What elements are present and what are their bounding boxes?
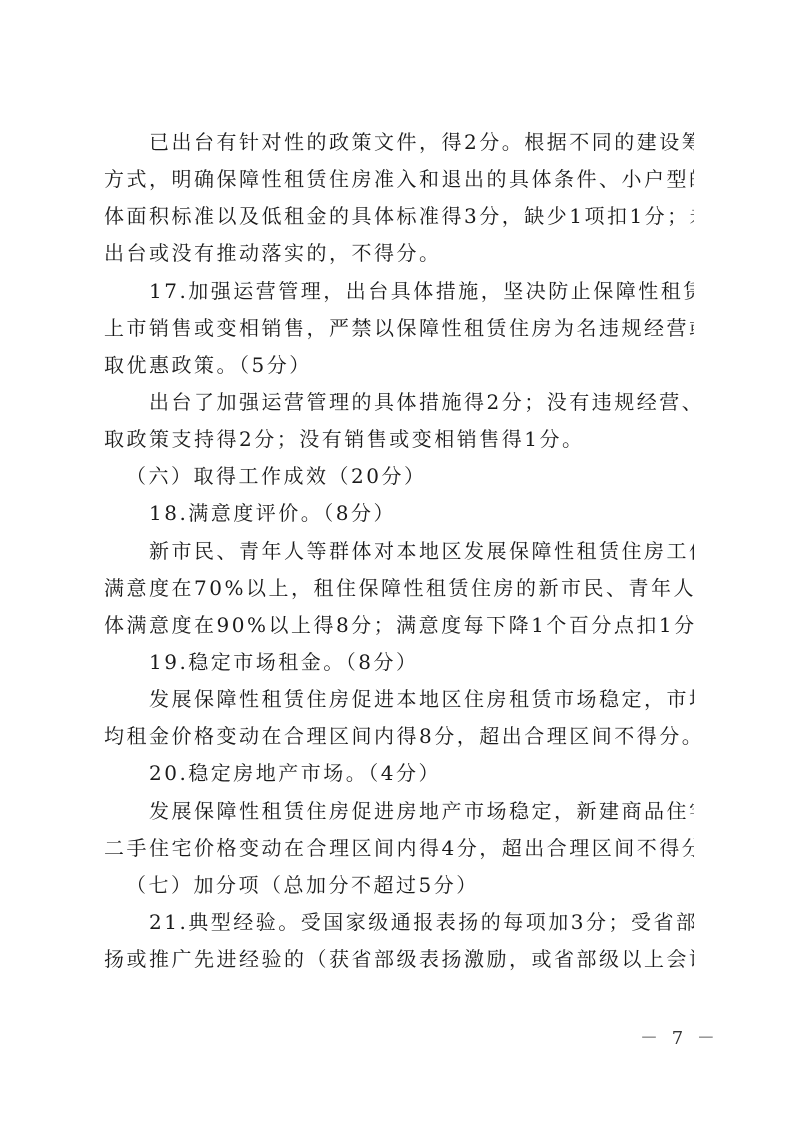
item-17-line: 上市销售或变相销售，严禁以保障性租赁住房为名违规经营或骗: [104, 310, 694, 347]
paragraph-line: 二手住宅价格变动在合理区间内得4分，超出合理区间不得分。: [104, 830, 694, 867]
paragraph-line: 体满意度在90%以上得8分；满意度每下降1个百分点扣1分。: [104, 607, 694, 644]
item-20-title: 20.稳定房地产市场。（4分）: [104, 755, 694, 792]
paragraph-line: 发展保障性租赁住房促进房地产市场稳定，新建商品住宅和: [104, 793, 694, 830]
item-18-title: 18.满意度评价。（8分）: [104, 495, 694, 532]
paragraph-line: 满意度在70%以上，租住保障性租赁住房的新市民、青年人等群: [104, 570, 694, 607]
paragraph-line: 已出台有针对性的政策文件，得2分。根据不同的建设筹集: [104, 124, 694, 161]
section-heading-6: （六）取得工作成效（20分）: [104, 458, 694, 495]
page-number: － 7 －: [640, 1024, 719, 1050]
paragraph-line: 新市民、青年人等群体对本地区发展保障性租赁住房工作的: [104, 533, 694, 570]
paragraph-line: 出台了加强运营管理的具体措施得2分；没有违规经营、骗: [104, 384, 694, 421]
paragraph-line: 体面积标准以及低租金的具体标准得3分，缺少1项扣1分；未: [104, 198, 694, 235]
paragraph-line: 取政策支持得2分；没有销售或变相销售得1分。: [104, 421, 694, 458]
section-heading-7: （七）加分项（总加分不超过5分）: [104, 867, 694, 904]
paragraph-line: 方式，明确保障性租赁住房准入和退出的具体条件、小户型的具: [104, 161, 694, 198]
item-17-line: 17.加强运营管理，出台具体措施，坚决防止保障性租赁住房: [104, 273, 694, 310]
paragraph-line: 发展保障性租赁住房促进本地区住房租赁市场稳定，市场平: [104, 681, 694, 718]
paragraph-line: 均租金价格变动在合理区间内得8分，超出合理区间不得分。: [104, 718, 694, 755]
paragraph-line: 出台或没有推动落实的，不得分。: [104, 235, 694, 272]
item-21-line: 扬或推广先进经验的（获省部级表扬激励，或省部级以上会议经: [104, 941, 694, 978]
item-19-title: 19.稳定市场租金。（8分）: [104, 644, 694, 681]
item-21-line: 21.典型经验。受国家级通报表扬的每项加3分；受省部级表: [104, 904, 694, 941]
item-17-line: 取优惠政策。（5分）: [104, 347, 694, 384]
document-page: 已出台有针对性的政策文件，得2分。根据不同的建设筹集 方式，明确保障性租赁住房准…: [104, 124, 694, 978]
